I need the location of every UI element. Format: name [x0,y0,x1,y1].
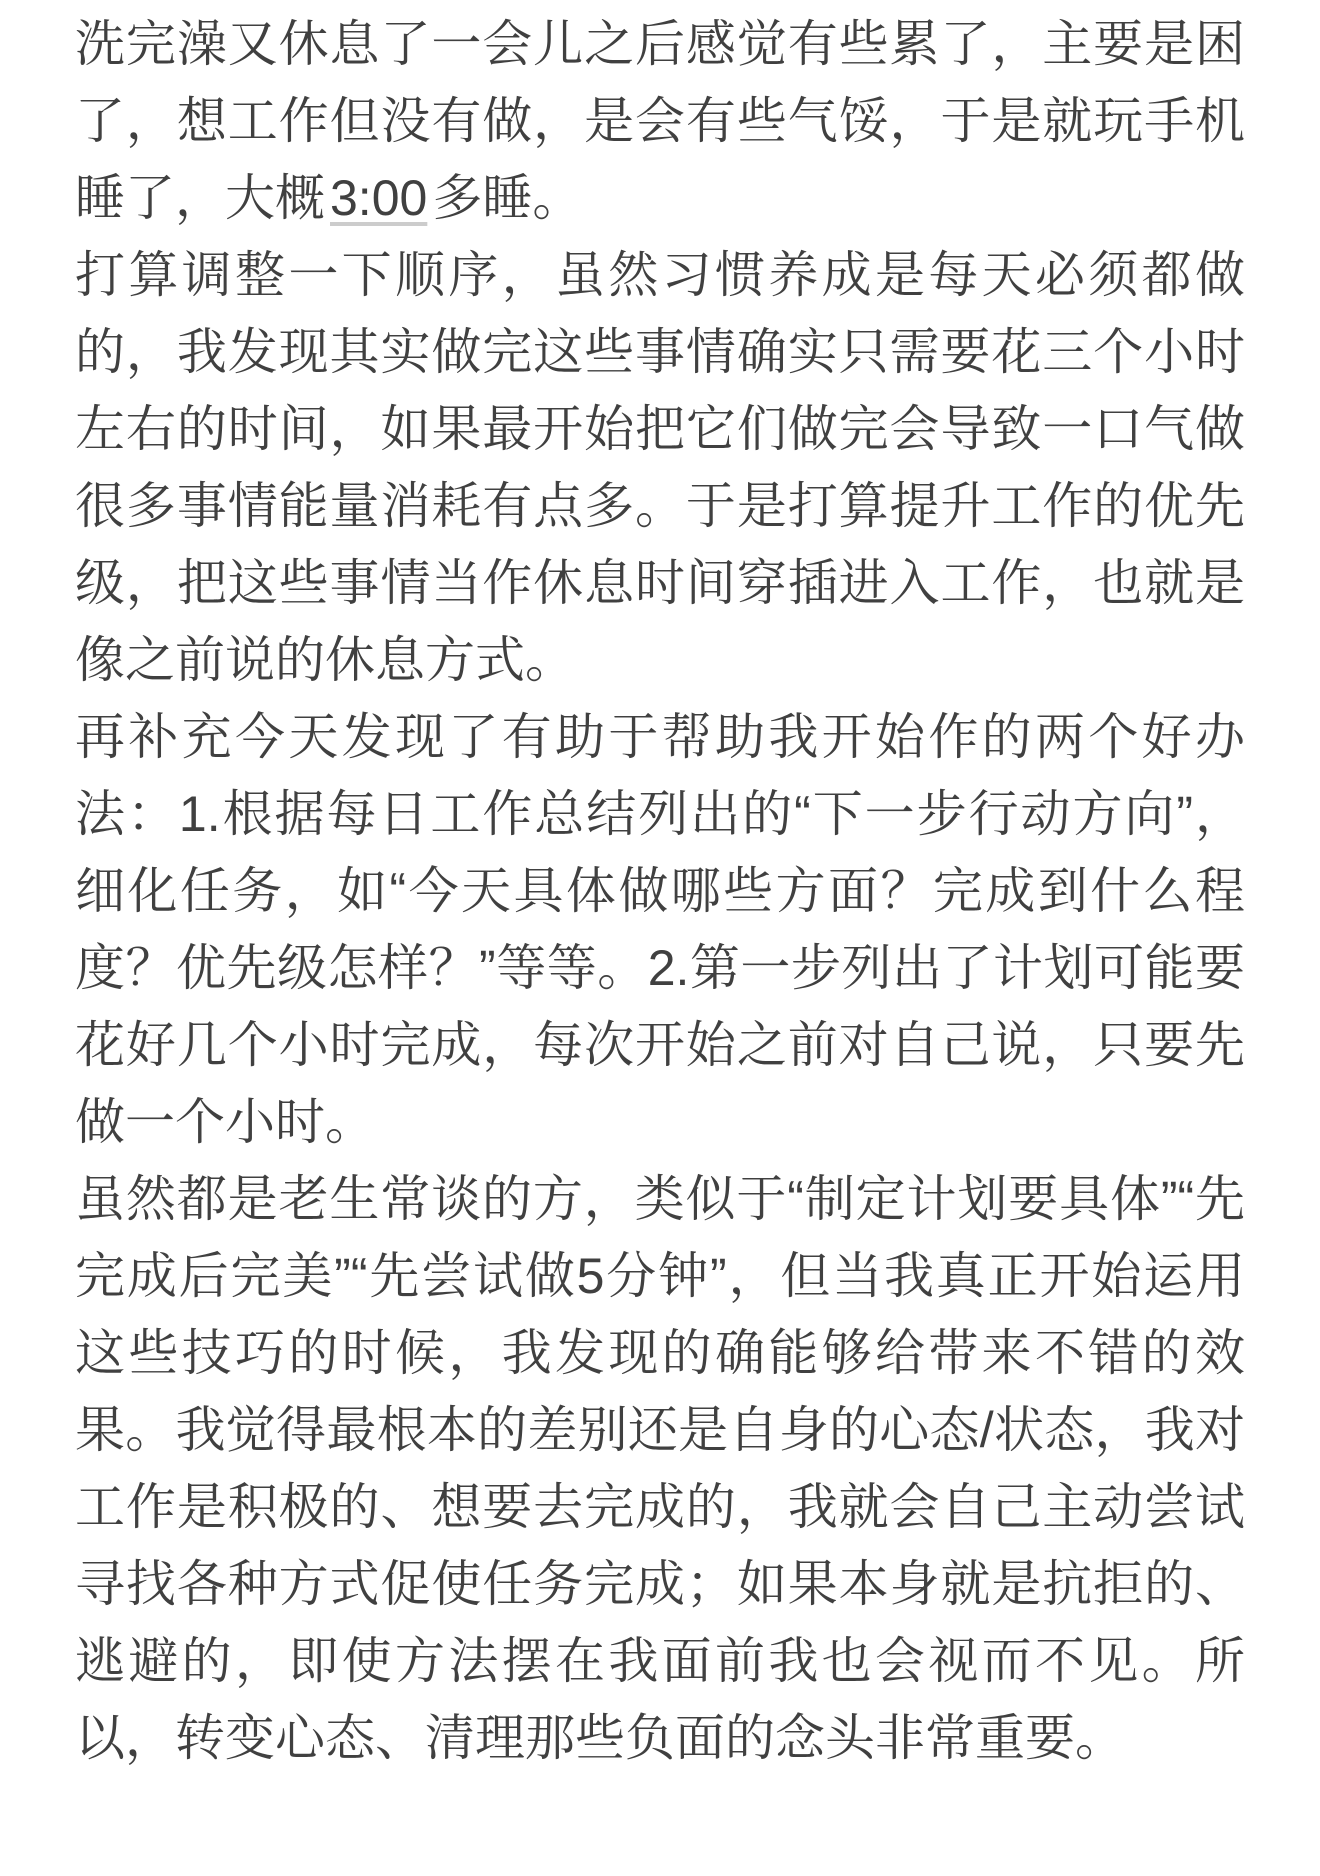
paragraph-2: 打算调整一下顺序，虽然习惯养成是每天必须都做的，我发现其实做完这些事情确实只需要… [75,237,1245,699]
paragraph-1-text-before-time: 洗完澡又休息了一会儿之后感觉有些累了，主要是困了，想工作但没有做，是会有些气馁，… [75,16,1245,226]
detected-time-link[interactable]: 3:00 [325,170,432,226]
paragraph-1: 洗完澡又休息了一会儿之后感觉有些累了，主要是困了，想工作但没有做，是会有些气馁，… [75,6,1245,237]
paragraph-4: 虽然都是老生常谈的方，类似于“制定计划要具体”“先完成后完美”“先尝试做5分钟”… [75,1161,1245,1777]
paragraph-1-text-after-time: 多睡。 [432,170,582,226]
paragraph-3: 再补充今天发现了有助于帮助我开始作的两个好办法：1.根据每日工作总结列出的“下一… [75,699,1245,1161]
note-page: 洗完澡又休息了一会儿之后感觉有些累了，主要是困了，想工作但没有做，是会有些气馁，… [0,0,1320,1876]
